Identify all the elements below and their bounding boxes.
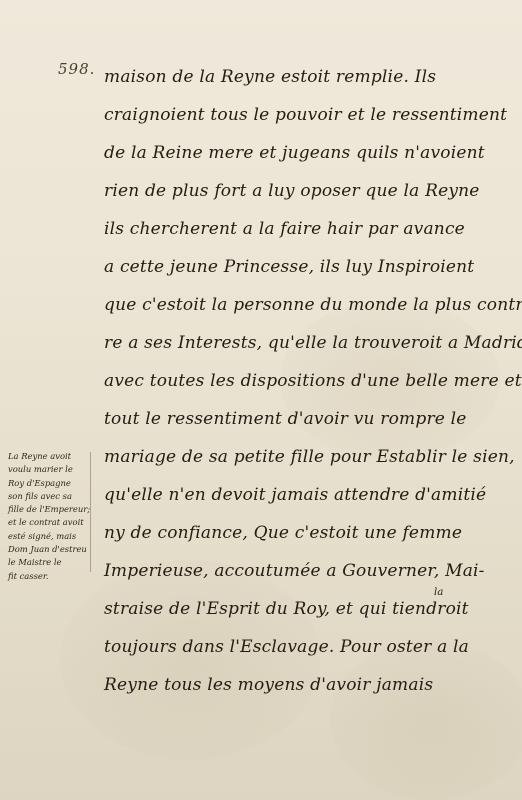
- margin-note-line: Roy d'Espagne: [8, 477, 94, 490]
- main-text-block: maison de la Reyne estoit remplie. Ils c…: [104, 58, 516, 704]
- margin-note-line: voulu marier le: [8, 463, 94, 476]
- margin-note: La Reyne avoit voulu marier le Roy d'Esp…: [8, 450, 94, 583]
- text-line: avec toutes les dispositions d'une belle…: [104, 362, 516, 400]
- page-number: 598.: [58, 60, 95, 78]
- text-line: mariage de sa petite fille pour Establir…: [104, 438, 516, 476]
- text-line: tout le ressentiment d'avoir vu rompre l…: [104, 400, 516, 438]
- text-line: re a ses Interests, qu'elle la trouveroi…: [104, 324, 516, 362]
- text-line: maison de la Reyne estoit remplie. Ils: [104, 58, 516, 96]
- text-line: que c'estoit la personne du monde la plu…: [104, 286, 516, 324]
- text-line: ny de confiance, Que c'estoit une femme: [104, 514, 516, 552]
- text-line-content: straise de l'Esprit du Roy, et qui tiend…: [104, 599, 469, 619]
- margin-note-line: et le contrat avoit: [8, 516, 94, 529]
- text-line: a cette jeune Princesse, ils luy Inspiro…: [104, 248, 516, 286]
- margin-note-line: fille de l'Empereur;: [8, 503, 94, 516]
- text-line: Imperieuse, accoutumée a Gouverner, Mai-: [104, 552, 516, 590]
- margin-note-line: fit casser.: [8, 570, 94, 583]
- margin-bracket-line: [90, 452, 93, 572]
- margin-note-line: Dom Juan d'estreu: [8, 543, 94, 556]
- manuscript-page: 598. maison de la Reyne estoit remplie. …: [0, 0, 522, 800]
- margin-note-line: La Reyne avoit: [8, 450, 94, 463]
- margin-note-line: esté signé, mais: [8, 530, 94, 543]
- interlinear-insertion: la: [434, 588, 444, 598]
- text-line: straise de l'Esprit du Roy, et qui tiend…: [104, 590, 516, 628]
- text-line: toujours dans l'Esclavage. Pour oster a …: [104, 628, 516, 666]
- text-line: ils chercherent a la faire hair par avan…: [104, 210, 516, 248]
- text-line: Reyne tous les moyens d'avoir jamais: [104, 666, 516, 704]
- text-line: de la Reine mere et jugeans quils n'avoi…: [104, 134, 516, 172]
- margin-note-line: son fils avec sa: [8, 490, 94, 503]
- margin-note-line: le Maistre le: [8, 556, 94, 569]
- text-line: qu'elle n'en devoit jamais attendre d'am…: [104, 476, 516, 514]
- text-line: craignoient tous le pouvoir et le ressen…: [104, 96, 516, 134]
- text-line: rien de plus fort a luy oposer que la Re…: [104, 172, 516, 210]
